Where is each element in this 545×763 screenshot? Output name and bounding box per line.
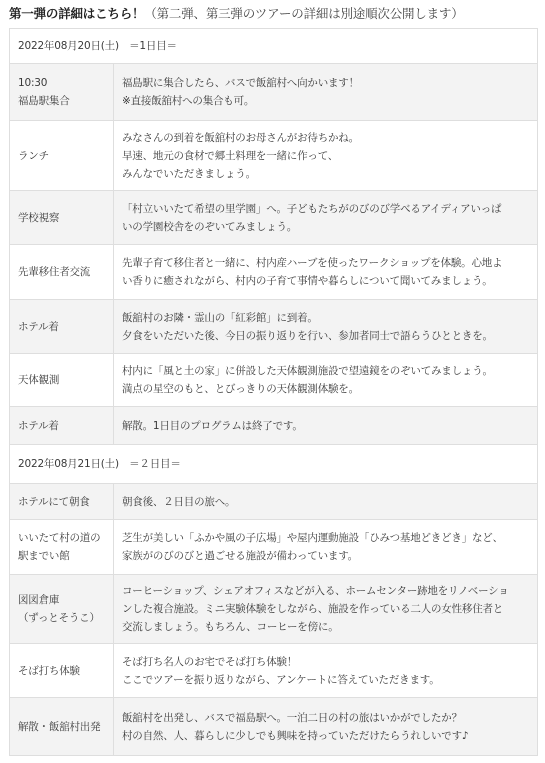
schedule-row: ランチみなさんの到着を飯舘村のお母さんがお待ちかね。早速、地元の食材で郷土料理を…: [10, 121, 538, 191]
schedule-row: ホテル着飯舘村のお隣・霊山の「紅彩館」に到着。夕食をいただいた後、今日の振り返り…: [10, 300, 538, 354]
schedule-item-description: 福島駅に集合したら、バスで飯舘村へ向かいます！※直接飯舘村への集合も可。: [114, 64, 538, 121]
description-line: 飯舘村のお隣・霊山の「紅彩館」に到着。: [122, 309, 529, 327]
schedule-row: 解散・飯舘村出発飯舘村を出発し、バスで福島駅へ。一泊二日の村の旅はいかがでしたか…: [10, 698, 538, 756]
schedule-item-description: 「村立いいたて希望の里学園」へ。子どもたちがのびのび学べるアイディアいっぱいの学…: [114, 191, 538, 245]
schedule-item-label: ホテル着: [10, 300, 114, 354]
label-line: 学校視察: [18, 209, 105, 227]
label-line: 10:30: [18, 74, 105, 92]
label-line: 天体観測: [18, 371, 105, 389]
schedule-item-label: 解散・飯舘村出発: [10, 698, 114, 756]
schedule-item-label: 先輩移住者交流: [10, 245, 114, 300]
description-line: そば打ち名人のお宅でそば打ち体験！: [122, 653, 529, 671]
schedule-item-description: 飯舘村を出発し、バスで福島駅へ。一泊二日の村の旅はいかがでしたか？村の自然、人、…: [114, 698, 538, 756]
schedule-item-description: 先輩子育て移住者と一緒に、村内産ハーブを使ったワークショップを体験。心地よい香り…: [114, 245, 538, 300]
heading-title: 第一弾の詳細はこちら！: [9, 6, 144, 21]
description-line: い香りに癒されながら、村内の子育て事情や暮らしについて聞いてみましょう。: [122, 272, 529, 290]
schedule-item-description: 芝生が美しい「ふかや風の子広場」や屋内運動施設「ひみつ基地どきどき」など、家族が…: [114, 520, 538, 575]
date-row: 2022年08月21日(土) ＝２日目＝: [10, 445, 538, 484]
description-line: 先輩子育て移住者と一緒に、村内産ハーブを使ったワークショップを体験。心地よ: [122, 254, 529, 272]
label-line: 図図倉庫: [18, 591, 105, 609]
description-line: 村の自然、人、暮らしに少しでも興味を持っていただけたらうれしいです♪: [122, 727, 529, 745]
description-line: ンした複合施設。ミニ実験体験をしながら、施設を作っている二人の女性移住者と: [122, 600, 529, 618]
schedule-item-label: 学校視察: [10, 191, 114, 245]
schedule-item-description: 村内に「風と土の家」に併設した天体観測施設で望遠鏡をのぞいてみましょう。満点の星…: [114, 354, 538, 407]
label-line: ホテルにて朝食: [18, 493, 105, 511]
schedule-row: 10:30福島駅集合福島駅に集合したら、バスで飯舘村へ向かいます！※直接飯舘村へ…: [10, 64, 538, 121]
schedule-item-description: 朝食後、２日目の旅へ。: [114, 484, 538, 520]
label-line: 先輩移住者交流: [18, 263, 105, 281]
description-line: 朝食後、２日目の旅へ。: [122, 493, 529, 511]
label-line: 駅までい館: [18, 547, 105, 565]
section-heading: 第一弾の詳細はこちら！（第二弾、第三弾のツアーの詳細は別途順次公開します）: [9, 5, 464, 23]
description-line: 福島駅に集合したら、バスで飯舘村へ向かいます！: [122, 74, 529, 92]
description-line: 解散。1日目のプログラムは終了です。: [122, 417, 529, 435]
schedule-item-label: ランチ: [10, 121, 114, 191]
label-line: ホテル着: [18, 417, 105, 435]
description-line: 「村立いいたて希望の里学園」へ。子どもたちがのびのび学べるアイディアいっぱ: [122, 200, 529, 218]
schedule-row: 学校視察「村立いいたて希望の里学園」へ。子どもたちがのびのび学べるアイディアいっ…: [10, 191, 538, 245]
schedule-item-label: いいたて村の道の駅までい館: [10, 520, 114, 575]
schedule-row: そば打ち体験そば打ち名人のお宅でそば打ち体験！ここでツアーを振り返りながら、アン…: [10, 644, 538, 698]
schedule-row: 図図倉庫（ずっとそうこ）コーヒーショップ、シェアオフィスなどが入る、ホームセンタ…: [10, 575, 538, 644]
description-line: 満点の星空のもと、とびっきりの天体観測体験を。: [122, 380, 529, 398]
description-line: コーヒーショップ、シェアオフィスなどが入る、ホームセンター跡地をリノベーショ: [122, 582, 529, 600]
schedule-row: 天体観測村内に「風と土の家」に併設した天体観測施設で望遠鏡をのぞいてみましょう。…: [10, 354, 538, 407]
description-line: 村内に「風と土の家」に併設した天体観測施設で望遠鏡をのぞいてみましょう。: [122, 362, 529, 380]
schedule-item-label: 図図倉庫（ずっとそうこ）: [10, 575, 114, 644]
label-line: 福島駅集合: [18, 92, 105, 110]
schedule-row: ホテルにて朝食朝食後、２日目の旅へ。: [10, 484, 538, 520]
schedule-item-description: そば打ち名人のお宅でそば打ち体験！ここでツアーを振り返りながら、アンケートに答え…: [114, 644, 538, 698]
schedule-row: ホテル着解散。1日目のプログラムは終了です。: [10, 407, 538, 445]
label-line: （ずっとそうこ）: [18, 609, 105, 627]
schedule-item-label: そば打ち体験: [10, 644, 114, 698]
description-line: ここでツアーを振り返りながら、アンケートに答えていただきます。: [122, 671, 529, 689]
description-line: みんなでいただきましょう。: [122, 165, 529, 183]
schedule-body: 2022年08月20日(土) ＝1日目＝10:30福島駅集合福島駅に集合したら、…: [10, 29, 538, 756]
description-line: 交流しましょう。もちろん、コーヒーを傍に。: [122, 618, 529, 636]
schedule-row: 先輩移住者交流先輩子育て移住者と一緒に、村内産ハーブを使ったワークショップを体験…: [10, 245, 538, 300]
schedule-item-description: 解散。1日目のプログラムは終了です。: [114, 407, 538, 445]
description-line: 芝生が美しい「ふかや風の子広場」や屋内運動施設「ひみつ基地どきどき」など、: [122, 529, 529, 547]
schedule-item-label: ホテル着: [10, 407, 114, 445]
day-date-label: 2022年08月20日(土) ＝1日目＝: [10, 29, 538, 64]
schedule-item-label: ホテルにて朝食: [10, 484, 114, 520]
label-line: ランチ: [18, 147, 105, 165]
schedule-row: いいたて村の道の駅までい館芝生が美しい「ふかや風の子広場」や屋内運動施設「ひみつ…: [10, 520, 538, 575]
label-line: いいたて村の道の: [18, 529, 105, 547]
day-date-label: 2022年08月21日(土) ＝２日目＝: [10, 445, 538, 484]
description-line: 早速、地元の食材で郷土料理を一緒に作って、: [122, 147, 529, 165]
date-row: 2022年08月20日(土) ＝1日目＝: [10, 29, 538, 64]
schedule-item-label: 天体観測: [10, 354, 114, 407]
description-line: ※直接飯舘村への集合も可。: [122, 92, 529, 110]
description-line: みなさんの到着を飯舘村のお母さんがお待ちかね。: [122, 129, 529, 147]
heading-note: （第二弾、第三弾のツアーの詳細は別途順次公開します）: [144, 6, 463, 21]
label-line: ホテル着: [18, 318, 105, 336]
tour-schedule-table: 2022年08月20日(土) ＝1日目＝10:30福島駅集合福島駅に集合したら、…: [9, 28, 538, 756]
description-line: 飯舘村を出発し、バスで福島駅へ。一泊二日の村の旅はいかがでしたか？: [122, 709, 529, 727]
schedule-item-description: コーヒーショップ、シェアオフィスなどが入る、ホームセンター跡地をリノベーションし…: [114, 575, 538, 644]
label-line: そば打ち体験: [18, 662, 105, 680]
description-line: いの学園校舎をのぞいてみましょう。: [122, 218, 529, 236]
schedule-item-label: 10:30福島駅集合: [10, 64, 114, 121]
schedule-item-description: みなさんの到着を飯舘村のお母さんがお待ちかね。早速、地元の食材で郷土料理を一緒に…: [114, 121, 538, 191]
description-line: 家族がのびのびと過ごせる施設が備わっています。: [122, 547, 529, 565]
description-line: 夕食をいただいた後、今日の振り返りを行い、参加者同士で語らうひとときを。: [122, 327, 529, 345]
schedule-item-description: 飯舘村のお隣・霊山の「紅彩館」に到着。夕食をいただいた後、今日の振り返りを行い、…: [114, 300, 538, 354]
label-line: 解散・飯舘村出発: [18, 718, 105, 736]
